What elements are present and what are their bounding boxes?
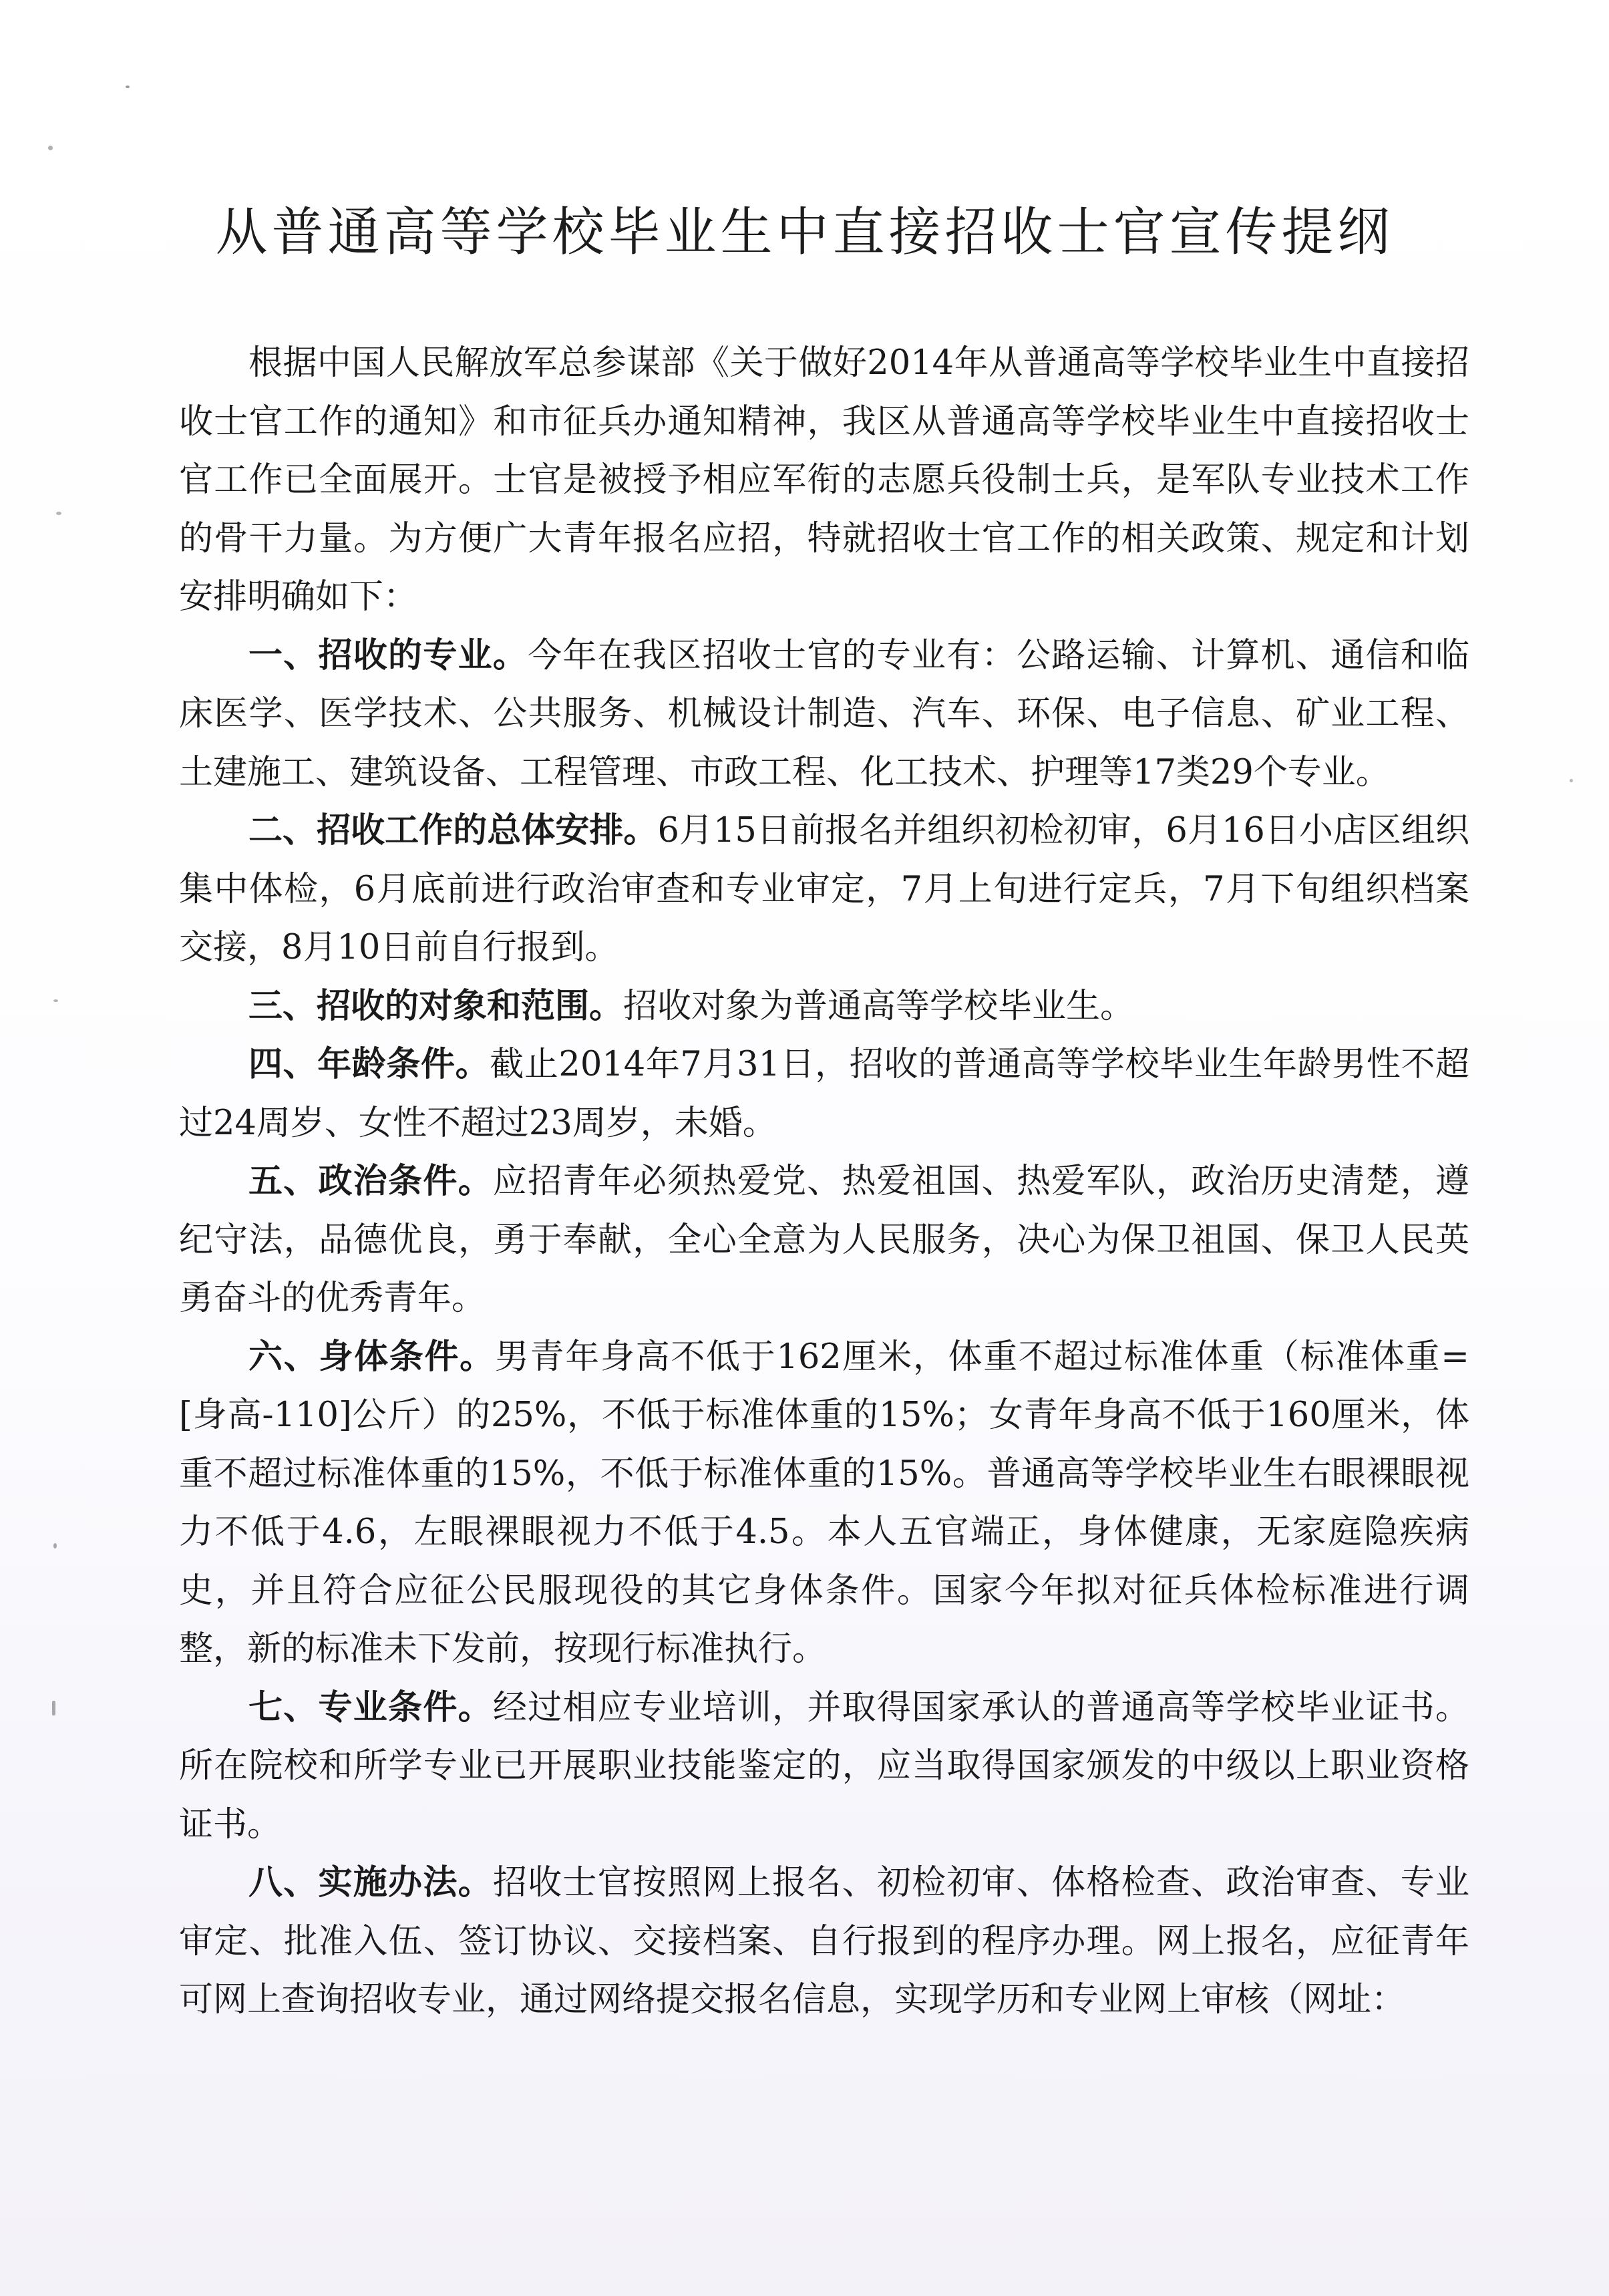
section-3-heading: 三、招收的对象和范围。: [248, 986, 623, 1026]
document-title: 从普通高等学校毕业生中直接招收士官宣传提纲: [0, 190, 1609, 265]
section-4-heading: 四、年龄条件。: [248, 1044, 490, 1084]
scan-speck: [48, 146, 53, 150]
section-5-heading: 五、政治条件。: [248, 1161, 493, 1201]
scan-speck: [53, 999, 58, 1002]
scan-speck: [52, 1701, 55, 1715]
section-5-paragraph: 五、政治条件。应招青年必须热爱党、热爱祖国、热爱军队，政治历史清楚，遵纪守法，品…: [179, 1152, 1469, 1328]
section-6-paragraph: 六、身体条件。男青年身高不低于162厘米，体重不超过标准体重（标准体重=[身高-…: [179, 1328, 1469, 1679]
section-8-paragraph: 八、实施办法。招收士官按照网上报名、初检初审、体格检查、政治审查、专业审定、批准…: [179, 1854, 1469, 2029]
section-2-heading: 二、招收工作的总体安排。: [248, 810, 657, 850]
scan-speck: [56, 512, 61, 515]
section-8-heading: 八、实施办法。: [248, 1862, 493, 1903]
section-3-paragraph: 三、招收的对象和范围。招收对象为普通高等学校毕业生。: [179, 977, 1469, 1036]
document-body: 根据中国人民解放军总参谋部《关于做好2014年从普通高等学校毕业生中直接招收士官…: [179, 334, 1469, 2029]
section-4-paragraph: 四、年龄条件。截止2014年7月31日，招收的普通高等学校毕业生年龄男性不超过2…: [179, 1035, 1469, 1152]
scanned-document-page: 从普通高等学校毕业生中直接招收士官宣传提纲 根据中国人民解放军总参谋部《关于做好…: [0, 0, 1609, 2296]
section-1-heading: 一、招收的专业。: [248, 635, 528, 675]
section-7-paragraph: 七、专业条件。经过相应专业培训，并取得国家承认的普通高等学校毕业证书。所在院校和…: [179, 1679, 1469, 1854]
scan-speck: [126, 86, 130, 88]
section-6-heading: 六、身体条件。: [248, 1337, 495, 1377]
section-6-text: 男青年身高不低于162厘米，体重不超过标准体重（标准体重=[身高-110]公斤）…: [179, 1337, 1469, 1669]
scan-speck: [1570, 779, 1573, 782]
intro-paragraph: 根据中国人民解放军总参谋部《关于做好2014年从普通高等学校毕业生中直接招收士官…: [179, 334, 1469, 627]
section-3-text: 招收对象为普通高等学校毕业生。: [623, 987, 1134, 1026]
section-7-heading: 七、专业条件。: [248, 1687, 493, 1728]
scan-speck: [53, 1543, 57, 1548]
section-1-paragraph: 一、招收的专业。今年在我区招收士官的专业有：公路运输、计算机、通信和临床医学、医…: [179, 627, 1469, 802]
section-2-paragraph: 二、招收工作的总体安排。6月15日前报名并组织初检初审，6月16日小店区组织集中…: [179, 802, 1469, 977]
